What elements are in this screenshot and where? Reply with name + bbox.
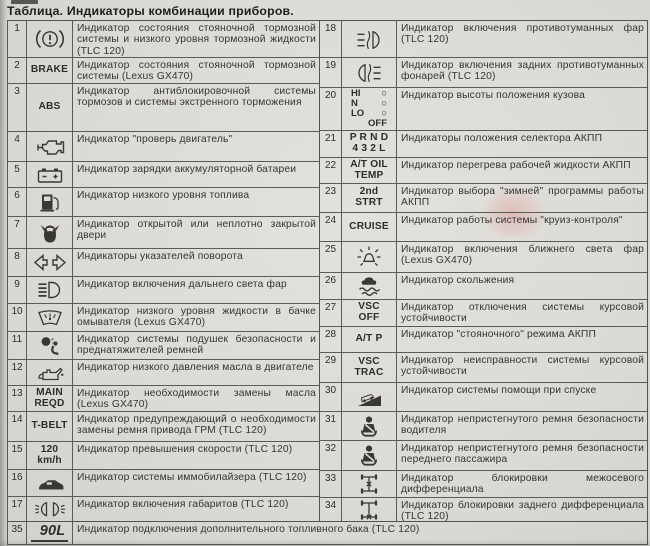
indicator-icon-cell: VSC OFF — [342, 300, 397, 326]
main-reqd-label-icon: MAIN REQD — [34, 388, 64, 410]
second-start-label-icon: 2nd STRT — [355, 187, 382, 209]
table-title: Таблица. Индикаторы комбинации приборов. — [7, 4, 294, 18]
indicator-row-14: 14T-BELTИндикатор предупреждающий о необ… — [8, 411, 319, 441]
indicator-description: Индикатор включения ближнего света фар (… — [397, 242, 647, 272]
row-number: 18 — [320, 21, 342, 57]
indicator-row-21: 21P R N D 4 3 2 LИндикаторы положения се… — [320, 130, 647, 157]
row-number: 4 — [8, 132, 27, 161]
indicator-icon-cell — [342, 383, 397, 411]
battery-charge-icon — [35, 165, 65, 185]
oil-pressure-icon — [35, 364, 65, 382]
row-number: 7 — [8, 217, 27, 248]
indicator-description: Индикатор подключения дополнительного то… — [73, 522, 647, 544]
row-number: 8 — [8, 249, 27, 276]
indicator-description: Индикатор непристегнутого ремня безопасн… — [397, 441, 647, 470]
row-number: 33 — [320, 471, 342, 497]
indicator-row-15: 15120 km/hИндикатор превышения скорости … — [8, 441, 319, 469]
scan-edge-shadow — [0, 0, 7, 546]
row-number: 15 — [8, 442, 27, 469]
indicator-description: Индикатор блокировки межосевого дифферен… — [397, 471, 647, 497]
indicator-icon-cell — [27, 217, 73, 248]
indicator-icon-cell — [342, 412, 397, 440]
indicator-description: Индикатор отключения системы курсовой ус… — [397, 300, 647, 326]
abs-label-icon: ABS — [38, 102, 60, 113]
indicator-icon-cell — [27, 162, 73, 187]
brake-label-icon: BRAKE — [31, 65, 68, 76]
indicator-row-22: 22A/T OIL TEMPИндикатор перегрева рабоче… — [320, 157, 647, 183]
indicator-icon-cell: 2nd STRT — [342, 184, 397, 212]
indicator-icon-cell: 90L — [27, 522, 73, 544]
row-number: 24 — [320, 213, 342, 241]
indicator-row-19: 19Индикатор включения задних противотума… — [320, 57, 647, 87]
indicator-row-4: 4Индикатор "проверь двигатель" — [8, 131, 319, 161]
indicator-icon-cell: A/T P — [342, 327, 397, 352]
indicator-row-31: 31Индикатор непристегнутого ремня безопа… — [320, 411, 647, 440]
indicator-icon-cell — [342, 21, 397, 57]
row-number: 5 — [8, 162, 27, 187]
indicator-description: Индикатор работы системы "круиз-контроля… — [397, 213, 647, 241]
indicator-description: Индикатор скольжения — [397, 273, 647, 299]
row-number: 29 — [320, 353, 342, 382]
indicator-icon-cell — [342, 498, 397, 521]
indicator-icon-cell — [342, 273, 397, 299]
indicator-row-26: 26Индикатор скольжения — [320, 272, 647, 299]
indicator-row-28: 28A/T PИндикатор "стояночного" режима АК… — [320, 326, 647, 352]
indicator-row-8: 8Индикаторы указателей поворота — [8, 248, 319, 276]
indicator-description: Индикатор необходимости замены масла (Le… — [73, 386, 319, 411]
indicator-description: Индикаторы положения селектора АКПП — [397, 131, 647, 157]
indicator-row-25: 25Индикатор включения ближнего света фар… — [320, 241, 647, 272]
indicator-description: Индикатор антиблокировочной системы торм… — [73, 84, 319, 131]
indicator-table: 1Индикатор состояния стояночной тормозно… — [7, 20, 648, 545]
vsc-trac-label-icon: VSC TRAC — [354, 357, 383, 379]
indicator-description: Индикатор блокировки заднего дифференциа… — [397, 498, 647, 521]
row-number: 9 — [8, 277, 27, 303]
center-diff-lock-icon — [356, 472, 382, 496]
turn-signal-icon — [33, 253, 67, 272]
row-number: 3 — [8, 84, 27, 131]
indicator-icon-cell — [27, 249, 73, 276]
row-number: 2 — [8, 58, 27, 83]
position-lamps-icon — [34, 499, 66, 519]
row-number: 14 — [8, 412, 27, 441]
indicator-description: Индикатор предупреждающий о необходимост… — [73, 412, 319, 441]
high-beam-icon — [35, 280, 65, 300]
indicator-description: Индикатор системы подушек безопасности и… — [73, 332, 319, 359]
indicator-description: Индикатор включения задних противотуманн… — [397, 58, 647, 87]
indicator-row-33: 33Индикатор блокировки межосевого диффер… — [320, 470, 647, 497]
indicator-description: Индикатор низкого давления масла в двига… — [73, 360, 319, 385]
indicator-description: Индикатор низкого уровня жидкости в бачк… — [73, 304, 319, 331]
row-number: 6 — [8, 188, 27, 216]
indicator-row-34: 34Индикатор блокировки заднего дифференц… — [320, 497, 647, 521]
indicator-description: Индикатор непристегнутого ремня безопасн… — [397, 412, 647, 440]
downhill-assist-icon — [355, 387, 383, 408]
indicator-icon-cell: P R N D 4 3 2 L — [342, 131, 397, 157]
indicator-row-2: 2BRAKEИндикатор состояния стояночной тор… — [8, 57, 319, 83]
indicator-row-3: 3ABSИндикатор антиблокировочной системы … — [8, 83, 319, 131]
indicator-description: Индикатор системы помощи при спуске — [397, 383, 647, 411]
at-park-label-icon: A/T P — [355, 334, 382, 345]
airbag-icon — [37, 335, 63, 357]
indicator-icon-cell — [27, 304, 73, 331]
indicator-icon-cell — [27, 470, 73, 496]
row-number: 34 — [320, 498, 342, 521]
indicator-icon-cell: A/T OIL TEMP — [342, 158, 397, 183]
indicator-icon-cell — [27, 21, 73, 57]
rear-diff-lock-icon — [356, 498, 382, 521]
indicator-row-24: 24CRUISEИндикатор работы системы "круиз-… — [320, 212, 647, 241]
check-engine-icon — [34, 137, 66, 157]
t-belt-label-icon: T-BELT — [31, 421, 67, 432]
row-number: 35 — [8, 522, 27, 544]
indicator-description: Индикатор "стояночного" режима АКПП — [397, 327, 647, 352]
door-open-icon — [38, 221, 62, 244]
indicator-row-13: 13MAIN REQDИндикатор необходимости замен… — [8, 385, 319, 411]
row-number: 25 — [320, 242, 342, 272]
aux-fuel-tank-label-icon: 90L — [31, 524, 69, 542]
indicator-icon-cell: 120 km/h — [27, 442, 73, 469]
indicator-row-5: 5Индикатор зарядки аккумуляторной батаре… — [8, 161, 319, 187]
indicator-icon-cell — [27, 497, 73, 521]
indicator-icon-cell: VSC TRAC — [342, 353, 397, 382]
indicator-row-20: 20HI○N○LO○OFFИндикатор высоты положения … — [320, 87, 647, 130]
indicator-description: Индикатор включения дальнего света фар — [73, 277, 319, 303]
indicator-icon-cell: ABS — [27, 84, 73, 131]
row-number: 19 — [320, 58, 342, 87]
indicator-row-12: 12Индикатор низкого давления масла в дви… — [8, 359, 319, 385]
indicator-icon-cell — [342, 441, 397, 470]
row-number: 23 — [320, 184, 342, 212]
indicator-description: Индикатор зарядки аккумуляторной батареи — [73, 162, 319, 187]
indicator-description: Индикатор включения габаритов (TLC 120) — [73, 497, 319, 521]
indicator-description: Индикатор выбора "зимней" программы рабо… — [397, 184, 647, 212]
indicator-row-30: 30Индикатор системы помощи при спуске — [320, 382, 647, 411]
indicator-description: Индикатор высоты положения кузова — [397, 88, 647, 130]
indicator-row-10: 10Индикатор низкого уровня жидкости в ба… — [8, 303, 319, 331]
indicator-row-18: 18Индикатор включения противотуманных фа… — [320, 21, 647, 57]
immobilizer-icon — [36, 475, 64, 492]
indicator-row-1: 1Индикатор состояния стояночной тормозно… — [8, 21, 319, 57]
row-number: 30 — [320, 383, 342, 411]
indicator-icon-cell — [342, 242, 397, 272]
indicator-description: Индикатор неисправности системы курсовой… — [397, 353, 647, 382]
brake-warning-icon — [35, 28, 65, 50]
indicator-row-9: 9Индикатор включения дальнего света фар — [8, 276, 319, 303]
indicator-description: Индикатор низкого уровня топлива — [73, 188, 319, 216]
washer-fluid-icon — [36, 308, 64, 328]
row-number: 1 — [8, 21, 27, 57]
row-number: 12 — [8, 360, 27, 385]
seatbelt-driver-icon — [358, 415, 380, 438]
indicator-row-32: 32Индикатор непристегнутого ремня безопа… — [320, 440, 647, 470]
indicator-icon-cell: BRAKE — [27, 58, 73, 83]
indicator-icon-cell — [342, 58, 397, 87]
indicator-icon-cell: HI○N○LO○OFF — [342, 88, 397, 130]
row-number: 32 — [320, 441, 342, 470]
row-number: 20 — [320, 88, 342, 130]
indicator-description: Индикатор системы иммобилайзера (TLC 120… — [73, 470, 319, 496]
cruise-label-icon: CRUISE — [349, 222, 389, 233]
indicator-icon-cell: CRUISE — [342, 213, 397, 241]
indicator-description: Индикатор включения противотуманных фар … — [397, 21, 647, 57]
indicator-icon-cell — [27, 332, 73, 359]
row-number: 13 — [8, 386, 27, 411]
indicator-description: Индикатор "проверь двигатель" — [73, 132, 319, 161]
indicator-description: Индикатор перегрева рабочей жидкости АКП… — [397, 158, 647, 183]
at-selector-label-icon: P R N D 4 3 2 L — [350, 133, 389, 155]
indicator-icon-cell — [27, 188, 73, 216]
indicator-description: Индикатор открытой или неплотно закрытой… — [73, 217, 319, 248]
rear-fog-icon — [354, 62, 384, 83]
indicator-icon-cell — [27, 277, 73, 303]
seatbelt-passenger-icon — [358, 444, 380, 467]
row-number: 27 — [320, 300, 342, 326]
indicator-description: Индикатор состояния стояночной тормозной… — [73, 58, 319, 83]
row-number: 22 — [320, 158, 342, 183]
row-number: 10 — [8, 304, 27, 331]
indicator-row-29: 29VSC TRACИндикатор неисправности систем… — [320, 352, 647, 382]
row-number: 26 — [320, 273, 342, 299]
overspeed-label-icon: 120 km/h — [37, 445, 62, 467]
indicator-row-23: 232nd STRTИндикатор выбора "зимней" прог… — [320, 183, 647, 212]
indicator-row-11: 11Индикатор системы подушек безопасности… — [8, 331, 319, 359]
row-number: 17 — [8, 497, 27, 521]
low-fuel-icon — [37, 191, 63, 213]
indicator-row-6: 6Индикатор низкого уровня топлива — [8, 187, 319, 216]
indicator-description: Индикаторы указателей поворота — [73, 249, 319, 276]
indicator-table-right: 18Индикатор включения противотуманных фа… — [319, 21, 647, 521]
indicator-description: Индикатор превышения скорости (TLC 120) — [73, 442, 319, 469]
indicator-row-7: 7Индикатор открытой или неплотно закрыто… — [8, 216, 319, 248]
row-number: 28 — [320, 327, 342, 352]
indicator-row-35: 3590LИндикатор подключения дополнительно… — [8, 521, 647, 544]
row-number: 16 — [8, 470, 27, 496]
indicator-row-17: 17Индикатор включения габаритов (TLC 120… — [8, 496, 319, 521]
indicator-row-16: 16Индикатор системы иммобилайзера (TLC 1… — [8, 469, 319, 496]
body-height-icon: HI○N○LO○OFF — [351, 89, 387, 130]
indicator-icon-cell — [342, 471, 397, 497]
indicator-icon-cell: T-BELT — [27, 412, 73, 441]
indicator-description: Индикатор состояния стояночной тормозной… — [73, 21, 319, 57]
slip-icon — [356, 275, 382, 297]
scanned-manual-page: Таблица. Индикаторы комбинации приборов.… — [0, 0, 650, 546]
indicator-table-left: 1Индикатор состояния стояночной тормозно… — [8, 21, 319, 521]
indicator-icon-cell — [27, 360, 73, 385]
row-number: 11 — [8, 332, 27, 359]
front-fog-icon — [354, 29, 384, 50]
indicator-icon-cell — [27, 132, 73, 161]
row-number: 31 — [320, 412, 342, 440]
row-number: 21 — [320, 131, 342, 157]
indicator-icon-cell: MAIN REQD — [27, 386, 73, 411]
at-oil-temp-label-icon: A/T OIL TEMP — [350, 160, 388, 182]
low-beam-lamp-icon — [356, 245, 382, 269]
vsc-off-label-icon: VSC OFF — [358, 302, 380, 324]
indicator-row-27: 27VSC OFFИндикатор отключения системы ку… — [320, 299, 647, 326]
